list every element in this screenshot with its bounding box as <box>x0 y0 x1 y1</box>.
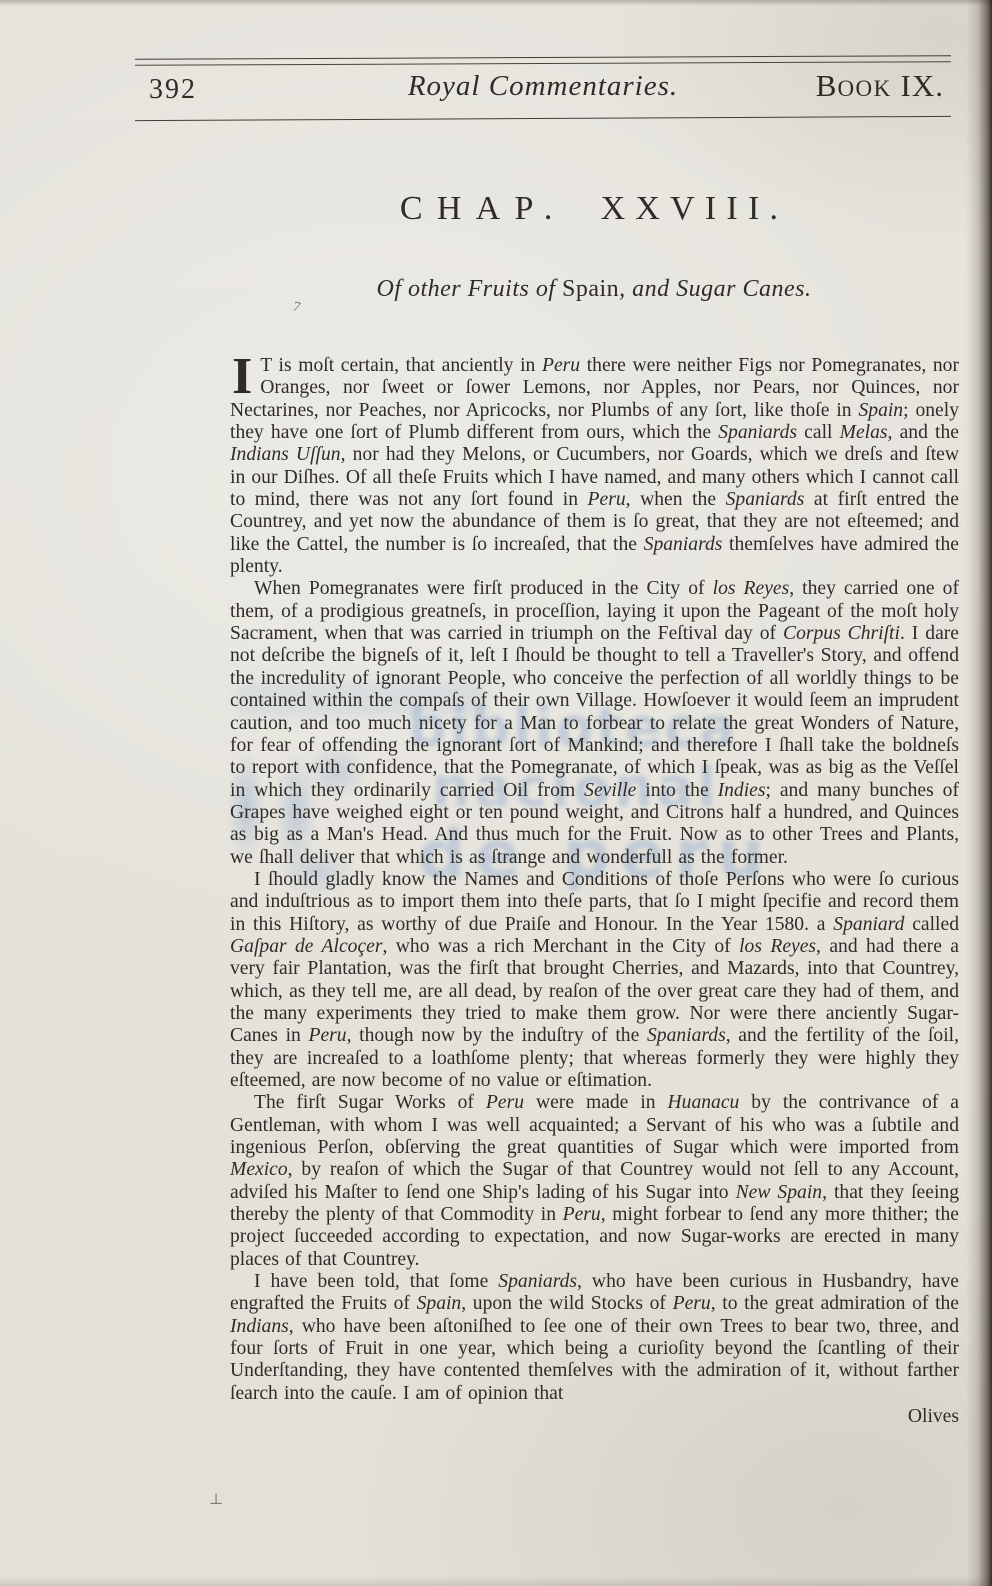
book-label: BOOK IX. <box>816 68 944 104</box>
paragraph: When Pomegranates were firſt produced in… <box>230 578 959 868</box>
roman-text: , who was a rich Merchant in the City of <box>382 936 739 957</box>
chapter-number: XXVIII. <box>601 190 789 227</box>
chapter-heading: CHAP.XXVIII. <box>230 190 958 228</box>
italic-text: Seville <box>584 780 636 801</box>
page-edge-top <box>0 0 992 6</box>
roman-text: , and the <box>888 422 959 443</box>
italic-text: Mexico <box>230 1159 288 1180</box>
roman-text: , though now by the induſtry of the <box>347 1025 647 1046</box>
paragraph: The firſt Sugar Works of Peru were made … <box>230 1092 959 1271</box>
italic-text: Melas <box>840 422 888 443</box>
italic-text: Spain <box>417 1293 462 1314</box>
chapter-subtitle-segment: Of other Fruits of <box>376 276 562 302</box>
italic-text: Spaniards <box>644 534 723 555</box>
paragraph: I have been told, that ſome Spaniards, w… <box>230 1271 959 1405</box>
roman-text: , who have been aſtoniſhed to ſee one of… <box>230 1316 959 1404</box>
press-mark: ⊥ <box>209 1490 223 1509</box>
book-label-initial: B <box>816 68 838 103</box>
italic-text: Huanacu <box>668 1092 740 1113</box>
page-edge-right <box>966 0 992 1586</box>
drop-cap: I <box>230 355 260 397</box>
italic-text: Spaniards <box>726 489 805 510</box>
italic-text: Corpus Chriſti <box>783 623 900 644</box>
italic-text: Spaniards <box>718 422 797 443</box>
book-page: biblioteca nacional de peru 392 Royal Co… <box>0 0 992 1586</box>
chapter-subtitle: Of other Fruits of Spain, and Sugar Cane… <box>230 276 958 303</box>
italic-text: Spaniard <box>833 914 904 935</box>
roman-text: into the <box>636 780 717 801</box>
italic-text: Spaniards <box>647 1025 726 1046</box>
italic-text: Indians <box>230 1316 289 1337</box>
italic-text: Peru <box>542 355 580 376</box>
roman-text: were made in <box>524 1092 668 1113</box>
italic-text: Peru <box>563 1204 601 1225</box>
italic-text: Indians Uſſun <box>230 444 341 465</box>
italic-text: los Reyes <box>713 578 790 599</box>
roman-text: call <box>797 422 840 443</box>
italic-text: los Reyes <box>739 936 816 957</box>
italic-text: Peru <box>588 489 626 510</box>
italic-text: Gaſpar de Alcoçer <box>230 936 382 957</box>
roman-text: When Pomegranates were firſt produced in… <box>254 578 713 599</box>
chapter-heading-word: CHAP. <box>400 190 567 227</box>
roman-text: . I dare not deſcribe the bigneſs of it,… <box>230 623 959 800</box>
roman-text: , upon the wild Stocks of <box>461 1293 672 1314</box>
body-text: IT is moſt certain, that anciently in Pe… <box>230 355 959 1429</box>
page-edge-bottom <box>0 1576 992 1586</box>
header-rule-bottom <box>135 116 951 121</box>
italic-text: Spain <box>858 400 903 421</box>
italic-text: Peru <box>673 1293 711 1314</box>
italic-text: New Spain <box>736 1182 822 1203</box>
italic-text: Peru <box>309 1025 347 1046</box>
italic-text: Peru <box>486 1092 524 1113</box>
header-rule-top <box>135 55 951 66</box>
roman-text: called <box>904 914 959 935</box>
italic-text: Indies <box>718 780 766 801</box>
book-label-numeral: IX. <box>892 68 944 103</box>
roman-text: The firſt Sugar Works of <box>254 1092 486 1113</box>
roman-text: T is moſt certain, that anciently in <box>260 355 542 376</box>
book-label-smallcaps: OOK <box>837 76 891 101</box>
paragraph: IT is moſt certain, that anciently in Pe… <box>230 355 959 578</box>
roman-text: , when the <box>626 489 726 510</box>
chapter-subtitle-segment: Spain <box>562 276 619 302</box>
chapter-subtitle-segment: , and Sugar Canes. <box>619 276 811 302</box>
paragraph: I ſhould gladly know the Names and Condi… <box>230 869 959 1092</box>
catchword: Olives <box>230 1406 959 1428</box>
roman-text: , to the great admiration of the <box>711 1293 959 1314</box>
roman-text: I have been told, that ſome <box>254 1271 498 1292</box>
italic-text: Spaniards <box>498 1271 577 1292</box>
